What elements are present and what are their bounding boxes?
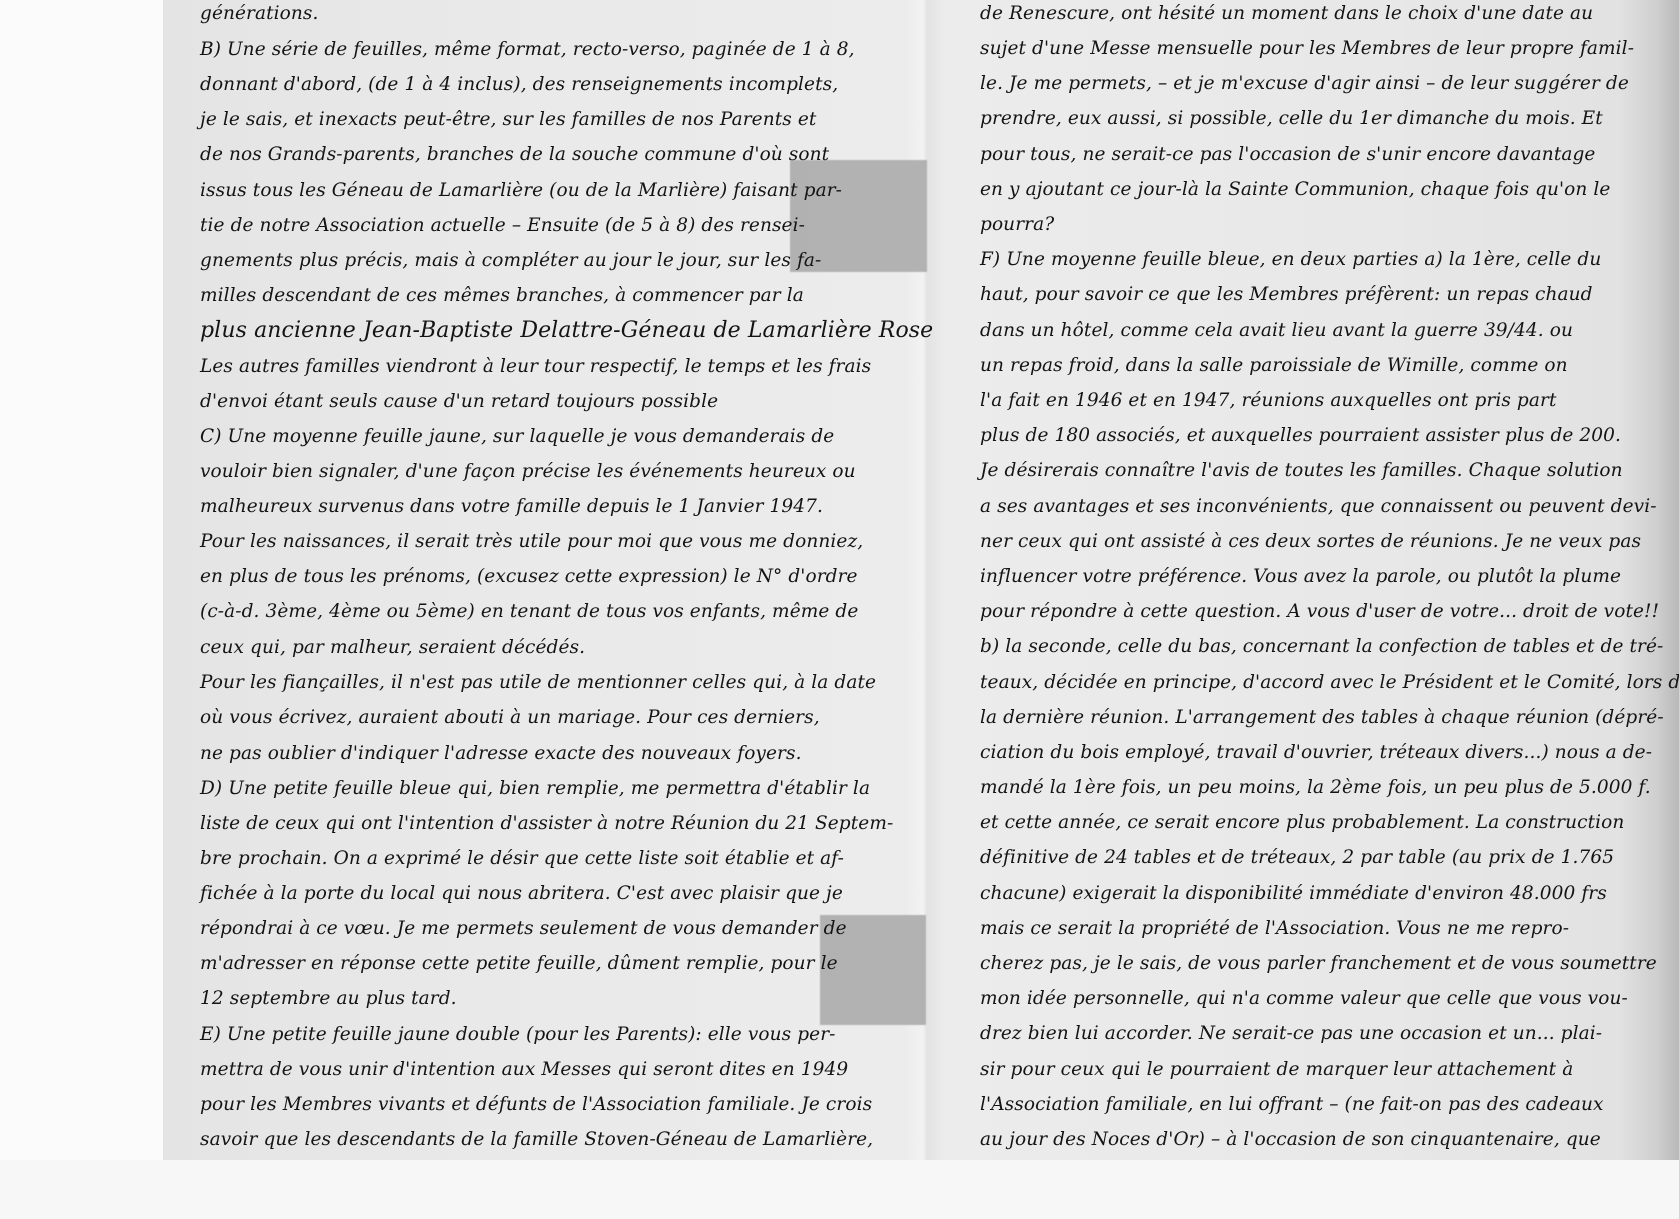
- handwritten-line: Les autres familles viendront à leur tou…: [200, 355, 871, 379]
- handwritten-line: E) Une petite feuille jaune double (pour…: [200, 1023, 836, 1047]
- handwritten-line: pour les Membres vivants et défunts de l…: [200, 1093, 872, 1117]
- handwritten-line: savoir que les descendants de la famille…: [200, 1128, 873, 1152]
- handwritten-line: ner ceux qui ont assisté à ces deux sort…: [980, 530, 1641, 554]
- handwritten-line: tie de notre Association actuelle – Ensu…: [200, 214, 805, 238]
- handwritten-line: de Renescure, ont hésité un moment dans …: [980, 2, 1593, 26]
- handwritten-line: définitive de 24 tables et de tréteaux, …: [980, 846, 1614, 870]
- handwritten-line: malheureux survenus dans votre famille d…: [200, 495, 823, 519]
- handwritten-line: Pour les fiançailles, il n'est pas utile…: [200, 671, 876, 695]
- handwritten-line: où vous écrivez, auraient abouti à un ma…: [200, 706, 820, 730]
- handwritten-line: en plus de tous les prénoms, (excusez ce…: [200, 565, 858, 589]
- handwritten-line: vouloir bien signaler, d'une façon préci…: [200, 460, 856, 484]
- handwritten-line: l'a fait en 1946 et en 1947, réunions au…: [980, 389, 1556, 413]
- handwritten-line: liste de ceux qui ont l'intention d'assi…: [200, 812, 893, 836]
- handwritten-line: plus de 180 associés, et auxquelles pour…: [980, 424, 1621, 448]
- handwritten-line: l'Association familiale, en lui offrant …: [980, 1093, 1604, 1117]
- handwritten-line: donnant d'abord, (de 1 à 4 inclus), des …: [200, 73, 838, 97]
- handwritten-line: ceux qui, par malheur, seraient décédés.: [200, 636, 585, 660]
- handwritten-line: mettra de vous unir d'intention aux Mess…: [200, 1058, 848, 1082]
- handwritten-line: gnements plus précis, mais à compléter a…: [200, 249, 821, 273]
- handwritten-line: b) la seconde, celle du bas, concernant …: [980, 635, 1663, 659]
- handwritten-line: influencer votre préférence. Vous avez l…: [980, 565, 1621, 589]
- handwritten-line: mais ce serait la propriété de l'Associa…: [980, 917, 1569, 941]
- handwritten-line: en y ajoutant ce jour-là la Sainte Commu…: [980, 178, 1610, 202]
- handwritten-line: fichée à la porte du local qui nous abri…: [200, 882, 843, 906]
- handwritten-line: dans un hôtel, comme cela avait lieu ava…: [980, 319, 1573, 343]
- handwritten-line: issus tous les Géneau de Lamarlière (ou …: [200, 179, 842, 203]
- handwritten-line: Pour les naissances, il serait très util…: [200, 530, 863, 554]
- handwritten-line: 12 septembre au plus tard.: [200, 987, 457, 1011]
- handwritten-line: plus ancienne Jean-Baptiste Delattre-Gén…: [200, 319, 933, 343]
- handwritten-line: m'adresser en réponse cette petite feuil…: [200, 952, 838, 976]
- handwritten-line: je le sais, et inexacts peut-être, sur l…: [200, 108, 816, 132]
- handwritten-line: prendre, eux aussi, si possible, celle d…: [980, 107, 1603, 131]
- handwritten-line: Je désirerais connaître l'avis de toutes…: [980, 459, 1623, 483]
- handwritten-line: sujet d'une Messe mensuelle pour les Mem…: [980, 37, 1634, 61]
- handwritten-line: pourra?: [980, 213, 1054, 237]
- handwritten-line: de nos Grands-parents, branches de la so…: [200, 143, 829, 167]
- handwritten-line: cherez pas, je le sais, de vous parler f…: [980, 952, 1657, 976]
- bottom-margin: [0, 1160, 1679, 1219]
- handwritten-line: B) Une série de feuilles, même format, r…: [200, 38, 855, 62]
- handwritten-line: ciation du bois employé, travail d'ouvri…: [980, 741, 1652, 765]
- handwritten-line: mandé la 1ère fois, un peu moins, la 2èm…: [980, 776, 1651, 800]
- handwritten-line: pour répondre à cette question. A vous d…: [980, 600, 1659, 624]
- handwritten-line: C) Une moyenne feuille jaune, sur laquel…: [200, 425, 834, 449]
- handwritten-line: la dernière réunion. L'arrangement des t…: [980, 706, 1664, 730]
- handwritten-line: pour tous, ne serait-ce pas l'occasion d…: [980, 143, 1595, 167]
- handwritten-line: mon idée personnelle, qui n'a comme vale…: [980, 987, 1628, 1011]
- handwritten-line: au jour des Noces d'Or) – à l'occasion d…: [980, 1128, 1601, 1152]
- handwritten-line: drez bien lui accorder. Ne serait-ce pas…: [980, 1022, 1602, 1046]
- handwritten-line: teaux, décidée en principe, d'accord ave…: [980, 671, 1679, 695]
- handwritten-line: sir pour ceux qui le pourraient de marqu…: [980, 1058, 1573, 1082]
- handwritten-line: chacune) exigerait la disponibilité immé…: [980, 882, 1607, 906]
- handwritten-line: ne pas oublier d'indiquer l'adresse exac…: [200, 742, 802, 766]
- handwritten-line: milles descendant de ces mêmes branches,…: [200, 284, 804, 308]
- handwritten-line: le. Je me permets, – et je m'excuse d'ag…: [980, 72, 1629, 96]
- handwritten-line: a ses avantages et ses inconvénients, qu…: [980, 495, 1657, 519]
- handwritten-line: F) Une moyenne feuille bleue, en deux pa…: [980, 248, 1601, 272]
- handwritten-line: (c-à-d. 3ème, 4ème ou 5ème) en tenant de…: [200, 600, 858, 624]
- handwritten-line: bre prochain. On a exprimé le désir que …: [200, 847, 844, 871]
- handwritten-line: répondrai à ce vœu. Je me permets seulem…: [200, 917, 847, 941]
- handwritten-line: D) Une petite feuille bleue qui, bien re…: [200, 777, 870, 801]
- handwritten-line: d'envoi étant seuls cause d'un retard to…: [200, 390, 718, 414]
- handwritten-line: et cette année, ce serait encore plus pr…: [980, 811, 1624, 835]
- handwritten-line: haut, pour savoir ce que les Membres pré…: [980, 283, 1593, 307]
- handwritten-line: générations.: [200, 2, 319, 26]
- handwritten-line: un repas froid, dans la salle paroissial…: [980, 354, 1568, 378]
